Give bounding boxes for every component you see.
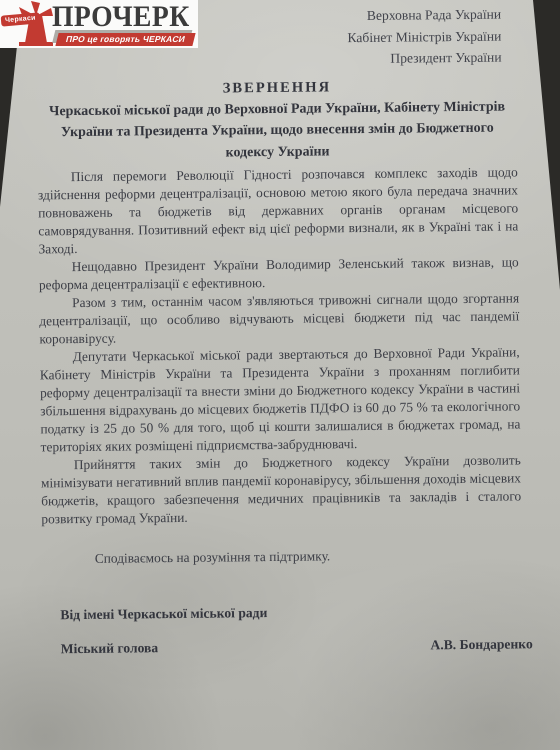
- logo-tagline-banner: ПРО це говорять ЧЕРКАСИ: [55, 33, 195, 46]
- document-content: Верховна Рада України Кабінет Міністрів …: [36, 3, 523, 657]
- procherk-logo: Черкаси ПРОЧЕРК ПРО це говорять ЧЕРКАСИ: [0, 0, 198, 48]
- paragraph-3: Разом з тим, останнім часом з'являються …: [39, 289, 520, 348]
- paragraph-5: Прийняття таких змін до Бюджетного кодек…: [41, 451, 522, 528]
- on-behalf-line: Від імені Черкаської міської ради: [60, 602, 522, 623]
- photo-background: Верховна Рада України Кабінет Міністрів …: [0, 0, 560, 750]
- signature-row: Міський голова А.В. Бондаренко: [61, 636, 533, 657]
- paragraph-2: Нещодавно Президент України Володимир Зе…: [39, 253, 519, 294]
- logo-wordmark: ПРОЧЕРК: [52, 1, 190, 33]
- signature-name: А.В. Бондаренко: [430, 636, 532, 653]
- signature-role: Міський голова: [61, 640, 159, 657]
- paragraph-4: Депутати Черкаської міської ради звертаю…: [40, 343, 521, 456]
- document-body: Після перемоги Революції Гідності розпоч…: [38, 163, 522, 568]
- addressee-line: Президент України: [36, 47, 501, 73]
- paragraph-1: Після перемоги Революції Гідності розпоч…: [38, 163, 519, 258]
- document-page: Верховна Рада України Кабінет Міністрів …: [0, 0, 560, 750]
- closing-line: Сподіваємось на розуміння та підтримку.: [62, 545, 522, 568]
- document-subtitle: Черкаської міської ради до Верховної Рад…: [46, 96, 509, 165]
- logo-tagline: ПРО це говорять ЧЕРКАСИ: [55, 33, 195, 46]
